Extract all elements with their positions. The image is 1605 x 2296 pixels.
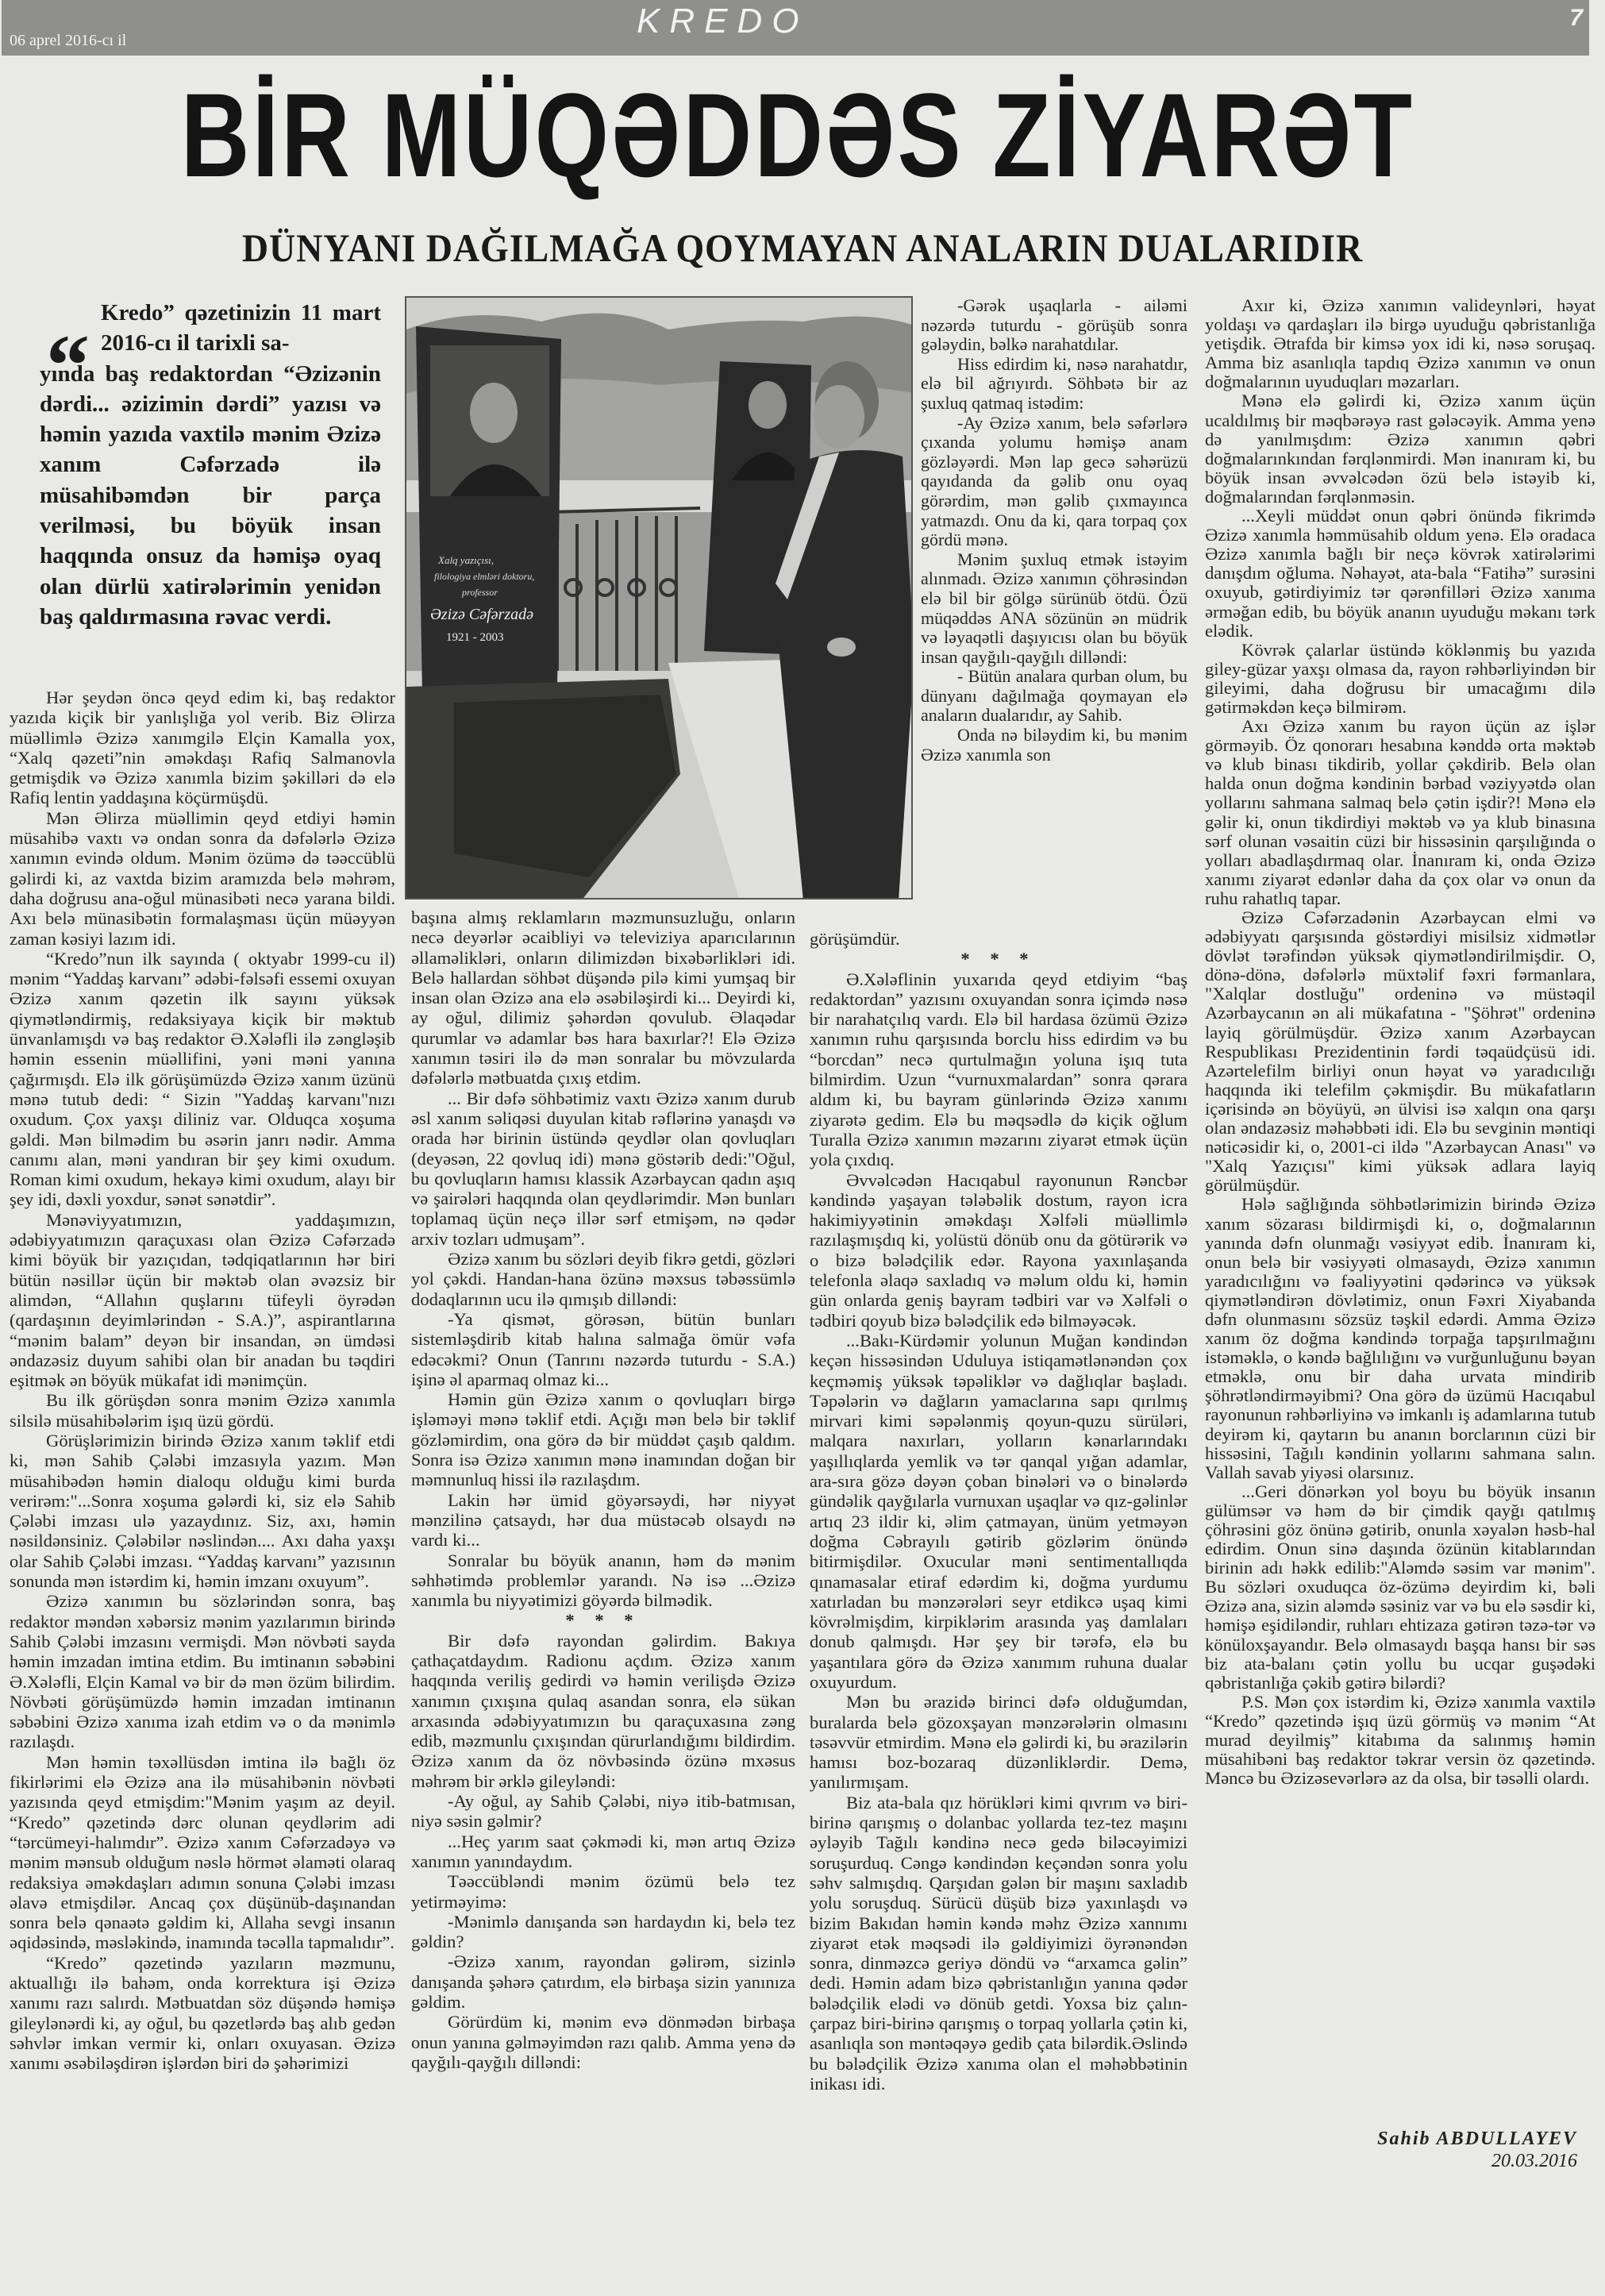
paragraph: Bir dəfə rayondan gəlirdim. Bakıya çatha… — [411, 1631, 795, 1791]
paragraph: -Gərək uşaqlarla - ailəmi nəzərdə tuturd… — [921, 296, 1187, 355]
paragraph: “Kredo” qəzetində yazıların məzmunu, akt… — [10, 1953, 395, 2074]
paragraph: Onda nə biləydim ki, bu mənim Əzizə xanı… — [921, 726, 1187, 765]
paragraph: Hiss edirdim ki, nəsə narahatdır, elə bi… — [921, 355, 1187, 414]
lead-first-line: Kredo” qəzetinizin 11 mart 2016-cı il ta… — [40, 298, 381, 359]
paragraph: -Ay Əzizə xanım, belə səfərlərə çıxanda … — [921, 414, 1187, 550]
article-column-1: Hər şeydən öncə qeyd edim ki, baş redakt… — [10, 688, 395, 2073]
paragraph: ...Heç yarım saat çəkmədi ki, mən artıq … — [411, 1832, 795, 1872]
author-signature: Sahib ABDULLAYEV 20.03.2016 — [1377, 2128, 1577, 2172]
signature-date: 20.03.2016 — [1377, 2150, 1577, 2172]
article-column-3-bottom: görüşümdür.* * *Ə.Xələflinin yuxarıda qe… — [810, 929, 1187, 2094]
paragraph: - Bütün analara qurban olum, bu dünyanı … — [921, 667, 1187, 726]
paragraph: Lakin hər ümid göyərsəydi, hər niyyət mə… — [411, 1490, 795, 1551]
author-name: Sahib ABDULLAYEV — [1377, 2128, 1577, 2150]
lead-text: yında baş redaktordan “Əzizənin dərdi...… — [40, 361, 381, 630]
newspaper-masthead: 06 aprel 2016-cı il KREDO 7 — [2, 0, 1589, 56]
issue-date: 06 aprel 2016-cı il — [10, 32, 126, 50]
paragraph: Sonralar bu böyük ananın, həm də mənim s… — [411, 1551, 795, 1611]
paragraph: Təəccübləndi mənim özümü belə tez yetirm… — [411, 1871, 795, 1912]
article-column-3-top: -Gərək uşaqlarla - ailəmi nəzərdə tuturd… — [921, 296, 1187, 765]
paragraph: Mən bu ərazidə birinci dəfə olduğumdan, … — [810, 1692, 1187, 1792]
paragraph: Biz ata-bala qız hörükləri kimi qıvrım v… — [810, 1793, 1187, 2094]
paragraph: -Əzizə xanım, rayondan gəlirəm, sizinlə … — [411, 1951, 795, 2012]
newspaper-logo: KREDO — [637, 2, 808, 41]
svg-text:Əzizə Cəfərzadə: Əzizə Cəfərzadə — [430, 606, 533, 623]
svg-text:1921 - 2003: 1921 - 2003 — [446, 631, 504, 644]
paragraph: ...Xeyli müddət onun qəbri önündə fikrim… — [1205, 507, 1595, 641]
section-separator: * * * — [411, 1610, 795, 1630]
paragraph: -Mənimlə danışanda sən hardaydın ki, bel… — [411, 1912, 795, 1952]
paragraph: başına almış reklamların məzmunsuzluğu, … — [411, 907, 795, 1088]
paragraph: Görüşlərimizin birində Əzizə xanım təkli… — [10, 1431, 395, 1591]
paragraph: Mənə elə gəlirdi ki, Əzizə xanım üçün uc… — [1205, 391, 1595, 507]
paragraph: Axı Əzizə xanım bu rayon üçün az işlər g… — [1205, 717, 1595, 908]
paragraph: Əzizə xanımın bu sözlərindən sonra, baş … — [10, 1591, 395, 1751]
article-headline: BİR MÜQƏDDƏS ZİYARƏT — [166, 75, 1430, 195]
svg-text:professor: professor — [461, 587, 498, 598]
article-lead: “ Kredo” qəzetinizin 11 mart 2016-cı il … — [40, 298, 381, 632]
paragraph: Həmin gün Əzizə xanım o qovluqları birgə… — [411, 1389, 795, 1489]
quote-mark-icon: “ — [46, 326, 90, 405]
page-number: 7 — [1569, 5, 1583, 32]
paragraph: Mənim şuxluq etmək istəyim alınmadı. Əzi… — [921, 550, 1187, 668]
paragraph: Axır ki, Əzizə xanımın valideynləri, həy… — [1205, 296, 1595, 391]
paragraph: Kövrək çalarlar üstündə köklənmiş bu yaz… — [1205, 641, 1595, 717]
paragraph: Əvvəlcədən Hacıqabul rayonunun Rəncbər k… — [810, 1170, 1187, 1331]
paragraph: ...Bakı-Kürdəmir yolunun Muğan kəndindən… — [810, 1331, 1187, 1692]
paragraph: Hər şeydən öncə qeyd edim ki, baş redakt… — [10, 688, 395, 808]
article-column-2: başına almış reklamların məzmunsuzluğu, … — [411, 907, 795, 2072]
paragraph: P.S. Mən çox istərdim ki, Əzizə xanımla … — [1205, 1693, 1595, 1788]
paragraph: Mənəviyyatımızın, yaddaşımızın, ədəbiyya… — [10, 1210, 395, 1391]
section-separator: * * * — [810, 949, 1187, 969]
svg-text:Xalq yazıçısı,: Xalq yazıçısı, — [437, 554, 494, 566]
article-photo: Xalq yazıçısı, filologiya elmləri doktor… — [405, 296, 913, 900]
paragraph: Mən Əlirza müəllimin qeyd etdiyi həmin m… — [10, 808, 395, 949]
paragraph: -Ya qismət, görəsən, bütün bunları siste… — [411, 1309, 795, 1389]
paragraph: görüşümdür. — [810, 929, 1187, 949]
paragraph: Bu ilk görüşdən sonra mənim Əzizə xanıml… — [10, 1390, 395, 1431]
svg-text:filologiya elmləri doktoru,: filologiya elmləri doktoru, — [434, 571, 534, 582]
paragraph: Əzizə Cəfərzadənin Azərbaycan elmi və əd… — [1205, 908, 1595, 1195]
article-column-4: Axır ki, Əzizə xanımın valideynləri, həy… — [1205, 296, 1595, 1788]
paragraph: Görürdüm ki, mənim evə dönmədən birbaşa … — [411, 2012, 795, 2072]
paragraph: ...Geri dönərkən yol boyu bu böyük insan… — [1205, 1482, 1595, 1693]
paragraph: Mən həmin təxəllüsdən imtina ilə bağlı ö… — [10, 1752, 395, 1953]
paragraph: Əzizə xanım bu sözləri deyib fikrə getdi… — [411, 1249, 795, 1309]
paragraph: Hələ sağlığında söhbətlərimizin birində … — [1205, 1195, 1595, 1481]
article-subheadline: DÜNYANI DAĞILMAĞA QOYMAYAN ANALARIN DUAL… — [64, 226, 1541, 270]
cemetery-photo-image: Xalq yazıçısı, filologiya elmləri doktor… — [406, 298, 913, 900]
paragraph: ... Bir dəfə söhbətimiz vaxtı Əzizə xanı… — [411, 1088, 795, 1249]
paragraph: “Kredo”nun ilk sayında ( oktyabr 1999-cu… — [10, 949, 395, 1210]
paragraph: -Ay oğul, ay Sahib Çələbi, niyə itib-bat… — [411, 1791, 795, 1832]
paragraph: Ə.Xələflinin yuxarıda qeyd etdiyim “baş … — [810, 969, 1187, 1170]
